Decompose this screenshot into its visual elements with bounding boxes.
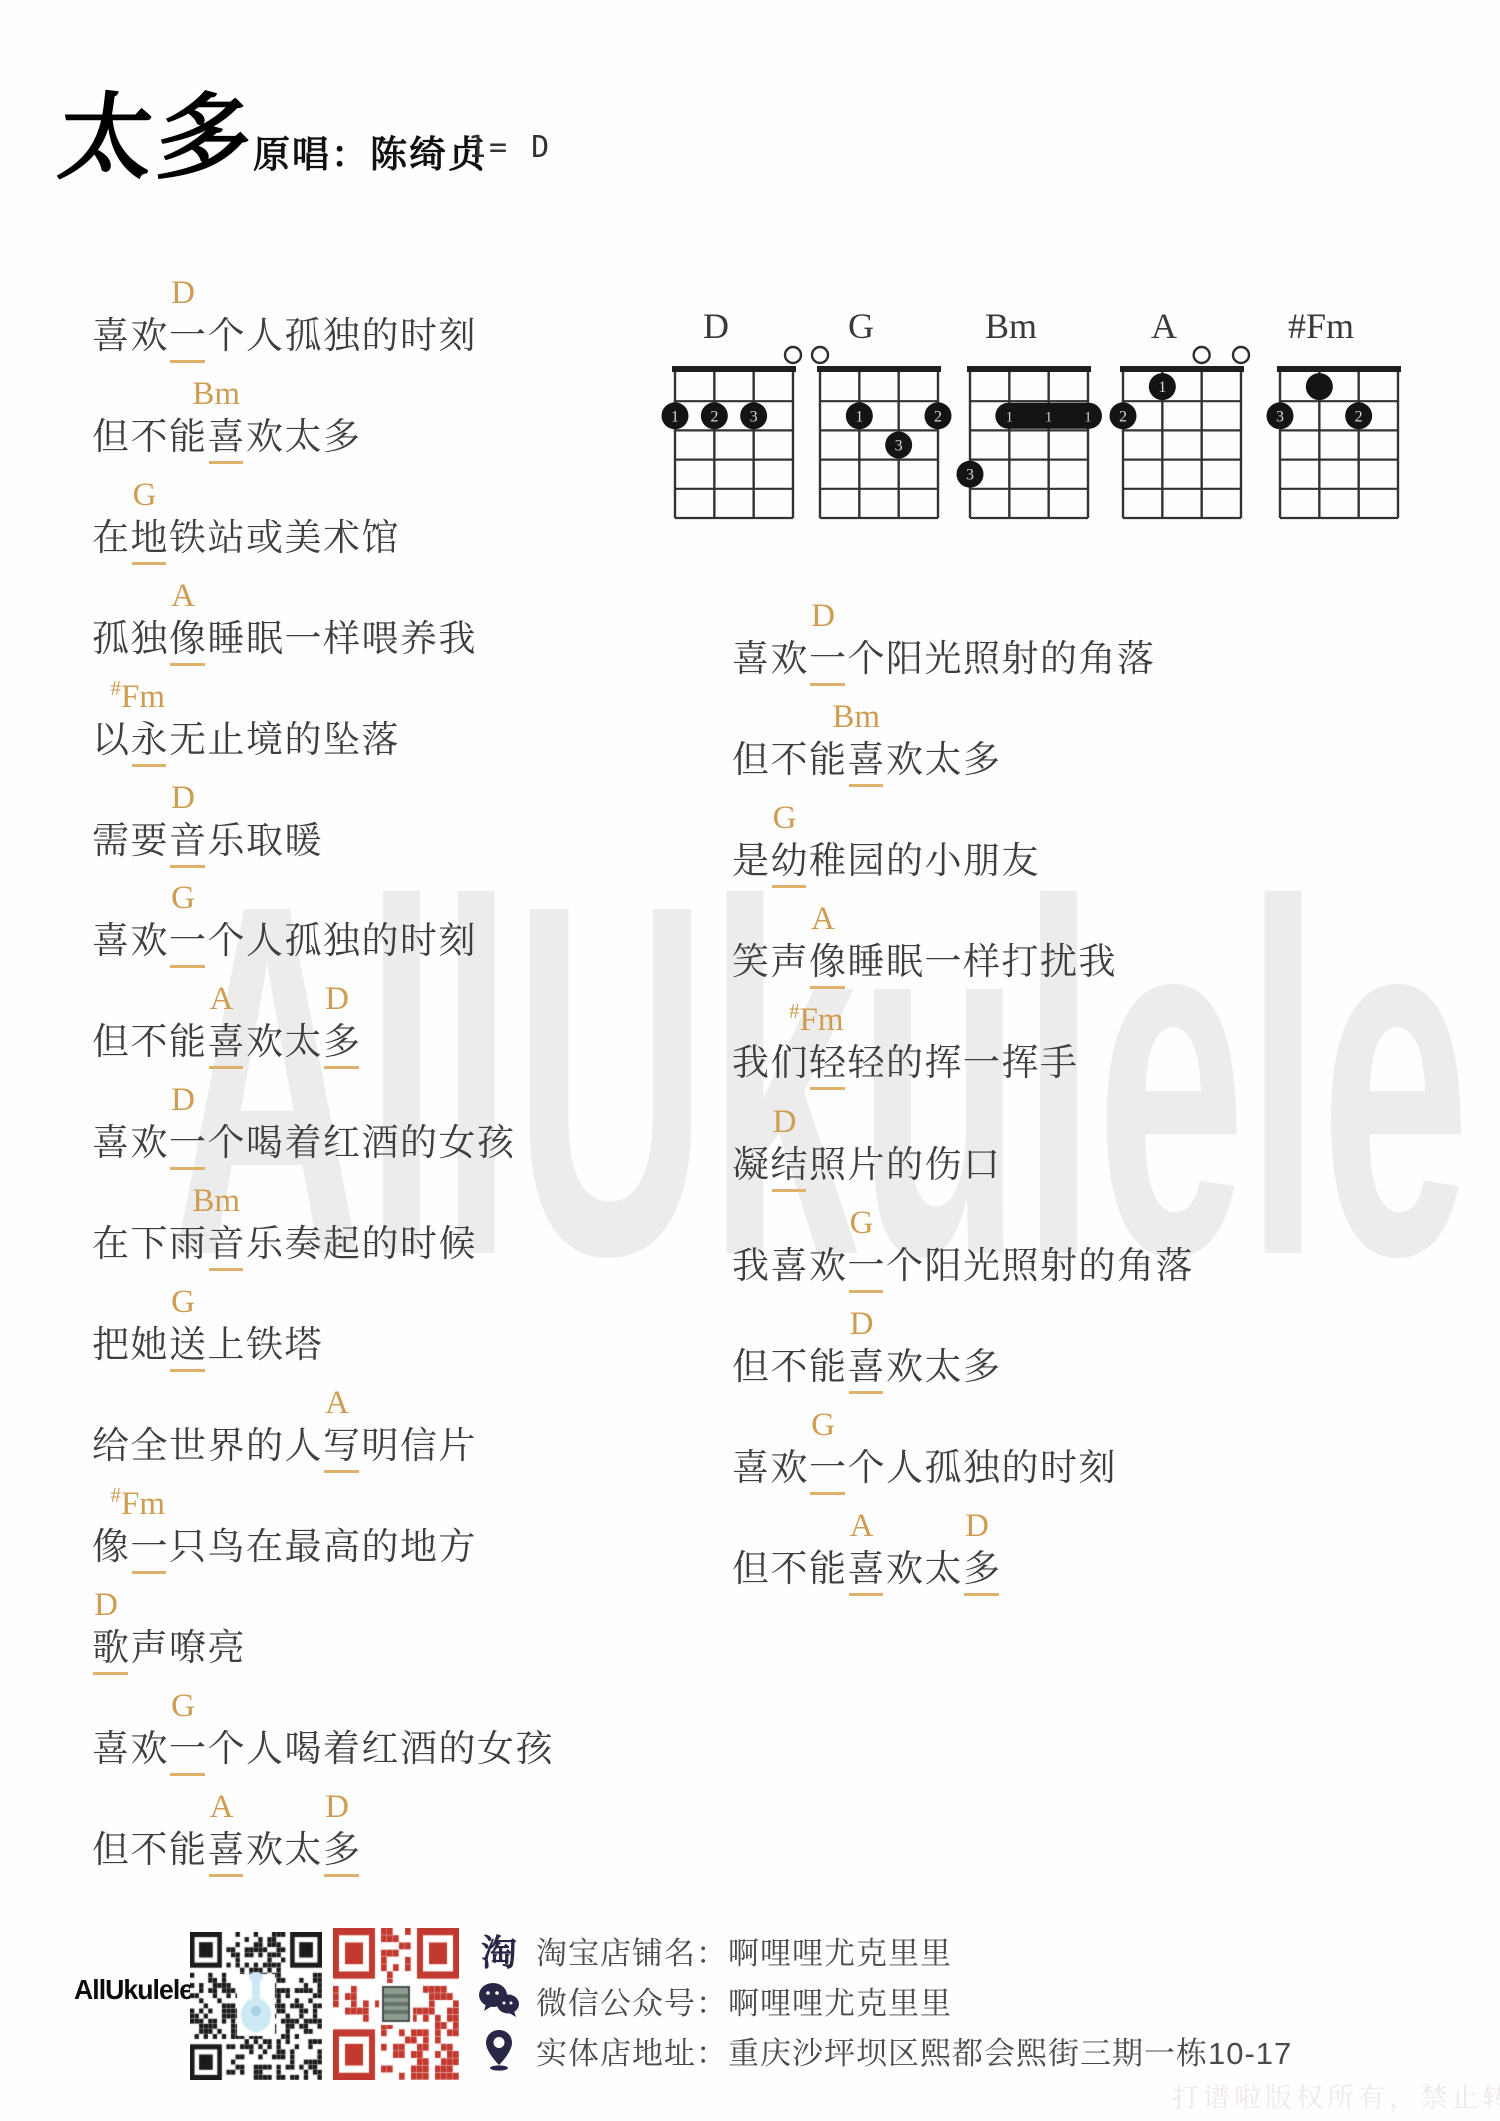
lyric-line: 我喜欢G一个阳光照射的角落: [732, 1247, 1194, 1284]
lyric-syllable-with-chord: A喜: [208, 1831, 247, 1868]
wechat-icon: [478, 1982, 520, 2018]
lyric-syllable-with-chord: D一: [169, 1124, 208, 1161]
lyric-text: 喜欢: [92, 922, 169, 959]
chord-label: G: [811, 1409, 835, 1442]
svg-text:1: 1: [671, 408, 679, 425]
lyric-text: 欢太: [886, 1550, 963, 1587]
chord-label: D: [325, 1791, 349, 1824]
lyric-line: 凝D结照片的伤口: [732, 1146, 1002, 1183]
svg-text:1: 1: [1084, 409, 1092, 425]
lyric-syllable-with-chord: G一: [809, 1449, 848, 1486]
lyric-syllable-with-chord: A像: [169, 620, 208, 657]
lyric-text: 把她: [92, 1326, 169, 1363]
svg-text:1: 1: [1045, 409, 1053, 425]
lyric-text: 欢太多: [886, 1348, 1002, 1385]
chord-label: A: [811, 903, 835, 936]
footer-row-label: 实体店地址：重庆沙坪坝区熙都会熙街三期一栋10-17: [536, 2028, 1292, 2073]
footer-contact-info: 淘淘宝店铺名：啊哩哩尤克里里微信公众号：啊哩哩尤克里里实体店地址：重庆沙坪坝区熙…: [478, 1925, 1292, 2075]
lyric-text: 轻的挥一挥手: [848, 1044, 1079, 1081]
lyric-text: 喜欢: [732, 640, 809, 677]
lyric-syllable-with-chord: G送: [169, 1326, 208, 1363]
lyric-syllable-with-chord: G一: [169, 1730, 208, 1767]
lyric-text: 像: [92, 1528, 131, 1565]
lyric-text: 我喜欢: [732, 1247, 848, 1284]
chord-label: A: [850, 1510, 874, 1543]
lyric-syllable-with-chord: D多: [323, 1831, 362, 1868]
lyric-text: 但不能: [732, 1550, 848, 1587]
lyric-text: 个人孤独的时刻: [208, 922, 478, 959]
chord-label: G: [171, 1286, 195, 1319]
chord-label: D: [171, 1084, 195, 1117]
lyric-line: 但不能A喜欢太D多: [732, 1550, 1002, 1587]
lyric-syllable-with-chord: D一: [809, 640, 848, 677]
chord-label: G: [171, 882, 195, 915]
lyric-text: 个人喝着红酒的女孩: [208, 1730, 555, 1767]
chord-label: #Fm: [110, 678, 165, 714]
lyric-text: 但不能: [92, 1831, 208, 1868]
lyric-text: 个阳光照射的角落: [886, 1247, 1194, 1284]
chord-label: A: [210, 983, 234, 1016]
svg-text:1: 1: [1158, 379, 1166, 396]
taobao-icon: 淘: [478, 1925, 520, 1976]
open-string-marker: [785, 347, 801, 363]
finger-dot: [1306, 373, 1333, 400]
lyric-line: 笑声A像睡眠一样打扰我: [732, 943, 1117, 980]
lyric-line: D歌声嘹亮: [92, 1629, 246, 1666]
chord-diagrams: D123G123Bm1113A12#Fm32: [0, 0, 1500, 560]
svg-text:3: 3: [895, 438, 903, 455]
svg-text:1: 1: [855, 408, 863, 425]
lyric-syllable-with-chord: A像: [809, 943, 848, 980]
lyric-text: 笑声: [732, 943, 809, 980]
lyric-syllable-with-chord: A写: [323, 1427, 362, 1464]
lyric-line: 孤独A像睡眠一样喂养我: [92, 620, 477, 657]
location-pin-icon: [478, 2028, 520, 2072]
svg-text:2: 2: [934, 408, 942, 425]
lyric-text: 给全世界的人: [92, 1427, 323, 1464]
lyric-text: 需要: [92, 822, 169, 859]
chord-label: Bm: [832, 701, 880, 734]
lyric-text: 照片的伤口: [809, 1146, 1002, 1183]
svg-text:#Fm: #Fm: [1288, 306, 1354, 346]
lyric-text: 但不能: [92, 418, 208, 455]
svg-text:2: 2: [1119, 408, 1127, 425]
lyric-line: 但不能Bm喜欢太多: [92, 418, 362, 455]
lyric-text: 个人孤独的时刻: [848, 1449, 1118, 1486]
chord-diagram-G: G123: [812, 306, 952, 518]
lyric-syllable-with-chord: #Fm轻: [809, 1044, 848, 1081]
lyric-text: 睡眠一样打扰我: [848, 943, 1118, 980]
lyric-line: 喜欢G一个人孤独的时刻: [732, 1449, 1117, 1486]
chord-label: D: [850, 1308, 874, 1341]
lyric-text: 声嘹亮: [131, 1629, 247, 1666]
lyric-text: 在下雨: [92, 1225, 208, 1262]
lyric-text: 欢太多: [246, 418, 362, 455]
lyric-text: 个阳光照射的角落: [848, 640, 1156, 677]
lyric-line: 以#Fm永无止境的坠落: [92, 721, 400, 758]
lyric-text: 欢太多: [886, 741, 1002, 778]
chord-label: G: [773, 802, 797, 835]
svg-text:A: A: [1151, 306, 1177, 346]
lyric-syllable-with-chord: G地: [131, 519, 170, 556]
lyric-syllable-with-chord: D多: [963, 1550, 1002, 1587]
svg-text:2: 2: [710, 408, 718, 425]
lyric-text: 我们: [732, 1044, 809, 1081]
lyric-text: 乐奏起的时候: [246, 1225, 477, 1262]
chord-label: D: [325, 983, 349, 1016]
lyric-line: 喜欢G一个人喝着红酒的女孩: [92, 1730, 554, 1767]
svg-text:3: 3: [966, 467, 974, 484]
lyric-text: 但不能: [732, 741, 848, 778]
lyric-line: 在G地铁站或美术馆: [92, 519, 400, 556]
chord-label: A: [171, 580, 195, 613]
lyric-line: 喜欢G一个人孤独的时刻: [92, 922, 477, 959]
lyric-syllable-with-chord: G一: [848, 1247, 887, 1284]
lyric-line: 需要D音乐取暖: [92, 822, 323, 859]
chord-diagram-D: D123: [662, 306, 802, 518]
lyric-text: 欢太: [246, 1023, 323, 1060]
lyric-line: 像#Fm一只鸟在最高的地方: [92, 1528, 477, 1565]
chord-label: D: [773, 1106, 797, 1139]
open-string-marker: [1233, 347, 1249, 363]
footer-row-label: 微信公众号：啊哩哩尤克里里: [536, 1978, 952, 2023]
lyric-syllable-with-chord: G一: [169, 922, 208, 959]
lyric-text: 凝: [732, 1146, 771, 1183]
chord-diagram-Fm: #Fm32: [1267, 306, 1402, 518]
svg-text:Bm: Bm: [985, 306, 1037, 346]
lyric-text: 喜欢: [92, 1124, 169, 1161]
lyric-syllable-with-chord: D多: [323, 1023, 362, 1060]
svg-text:D: D: [703, 306, 729, 346]
lyric-text: 喜欢: [92, 1730, 169, 1767]
chord-label: #Fm: [110, 1485, 165, 1521]
lyric-syllable-with-chord: Bm喜: [208, 418, 247, 455]
chord-label: G: [171, 1690, 195, 1723]
chord-label: A: [325, 1387, 349, 1420]
svg-text:1: 1: [1006, 409, 1014, 425]
lyric-line: 但不能A喜欢太D多: [92, 1831, 362, 1868]
lyric-text: 无止境的坠落: [169, 721, 400, 758]
lyric-line: 但不能A喜欢太D多: [92, 1023, 362, 1060]
copyright-watermark: 打谱啦版权所有，禁止转载: [1172, 2076, 1500, 2115]
open-string-marker: [812, 347, 828, 363]
lyric-text: 个人孤独的时刻: [208, 317, 478, 354]
chord-label: A: [210, 1791, 234, 1824]
lyric-text: 个喝着红酒的女孩: [208, 1124, 516, 1161]
lyric-line: 把她G送上铁塔: [92, 1326, 323, 1363]
lyric-syllable-with-chord: Bm音: [208, 1225, 247, 1262]
open-string-marker: [1194, 347, 1210, 363]
lyric-line: 我们#Fm轻轻的挥一挥手: [732, 1044, 1079, 1081]
lyric-text: 欢太: [246, 1831, 323, 1868]
lyric-text: 上铁塔: [208, 1326, 324, 1363]
chord-label: G: [850, 1207, 874, 1240]
footer-row: 实体店地址：重庆沙坪坝区熙都会熙街三期一栋10-17: [478, 2025, 1292, 2075]
chord-label: Bm: [192, 378, 240, 411]
lyric-line: 但不能Bm喜欢太多: [732, 741, 1002, 778]
lyric-text: 只鸟在最高的地方: [169, 1528, 477, 1565]
chord-label: D: [171, 277, 195, 310]
lyric-text: 明信片: [362, 1427, 478, 1464]
chord-label: D: [94, 1589, 118, 1622]
lyric-syllable-with-chord: Bm喜: [848, 741, 887, 778]
qr-code-black: [190, 1932, 322, 2080]
lyric-text: 乐取暖: [208, 822, 324, 859]
lyric-syllable-with-chord: G幼: [771, 842, 810, 879]
lyric-syllable-with-chord: D音: [169, 822, 208, 859]
lyric-syllable-with-chord: A喜: [208, 1023, 247, 1060]
lyric-text: 稚园的小朋友: [809, 842, 1040, 879]
qr-code-red: [333, 1928, 459, 2080]
lyric-text: 睡眠一样喂养我: [208, 620, 478, 657]
footer-row: 淘淘宝店铺名：啊哩哩尤克里里: [478, 1925, 1292, 1975]
svg-text:2: 2: [1355, 408, 1363, 425]
lyric-line: 喜欢D一个阳光照射的角落: [732, 640, 1156, 677]
lyric-syllable-with-chord: A喜: [848, 1550, 887, 1587]
lyric-line: 但不能D喜欢太多: [732, 1348, 1002, 1385]
chord-diagram-Bm: Bm1113: [957, 306, 1103, 518]
chord-label: D: [171, 782, 195, 815]
lyric-syllable-with-chord: D结: [771, 1146, 810, 1183]
lyric-text: 但不能: [92, 1023, 208, 1060]
lyric-line: 是G幼稚园的小朋友: [732, 842, 1040, 879]
chord-label: #Fm: [789, 1001, 844, 1037]
lyric-line: 给全世界的人A写明信片: [92, 1427, 477, 1464]
lyric-syllable-with-chord: #Fm一: [131, 1528, 170, 1565]
chord-label: D: [965, 1510, 989, 1543]
lyric-text: 在: [92, 519, 131, 556]
lyric-syllable-with-chord: #Fm永: [131, 721, 170, 758]
lyric-line: 在下雨Bm音乐奏起的时候: [92, 1225, 477, 1262]
lyric-line: 喜欢D一个人孤独的时刻: [92, 317, 477, 354]
lyric-syllable-with-chord: D歌: [92, 1629, 131, 1666]
lyric-text: 喜欢: [732, 1449, 809, 1486]
lyric-text: 铁站或美术馆: [169, 519, 400, 556]
chord-diagram-A: A12: [1110, 306, 1250, 518]
chord-label: G: [133, 479, 157, 512]
svg-text:3: 3: [1276, 408, 1284, 425]
lyric-text: 喜欢: [92, 317, 169, 354]
footer-logo: AllUkulele: [74, 1974, 193, 2006]
lyric-text: 但不能: [732, 1348, 848, 1385]
lyric-line: 喜欢D一个喝着红酒的女孩: [92, 1124, 516, 1161]
svg-text:3: 3: [750, 408, 758, 425]
svg-text:G: G: [848, 306, 874, 346]
chord-label: D: [811, 600, 835, 633]
lyric-syllable-with-chord: D一: [169, 317, 208, 354]
chord-sheet-page: AllUkulele 太多 原唱：陈绮贞 1= D D123G123Bm1113…: [0, 0, 1500, 2121]
lyric-text: 是: [732, 842, 771, 879]
chord-label: Bm: [192, 1185, 240, 1218]
lyric-text: 孤独: [92, 620, 169, 657]
lyric-text: 以: [92, 721, 131, 758]
footer-row-label: 淘宝店铺名：啊哩哩尤克里里: [536, 1928, 952, 1973]
lyric-syllable-with-chord: D喜: [848, 1348, 887, 1385]
footer-row: 微信公众号：啊哩哩尤克里里: [478, 1975, 1292, 2025]
